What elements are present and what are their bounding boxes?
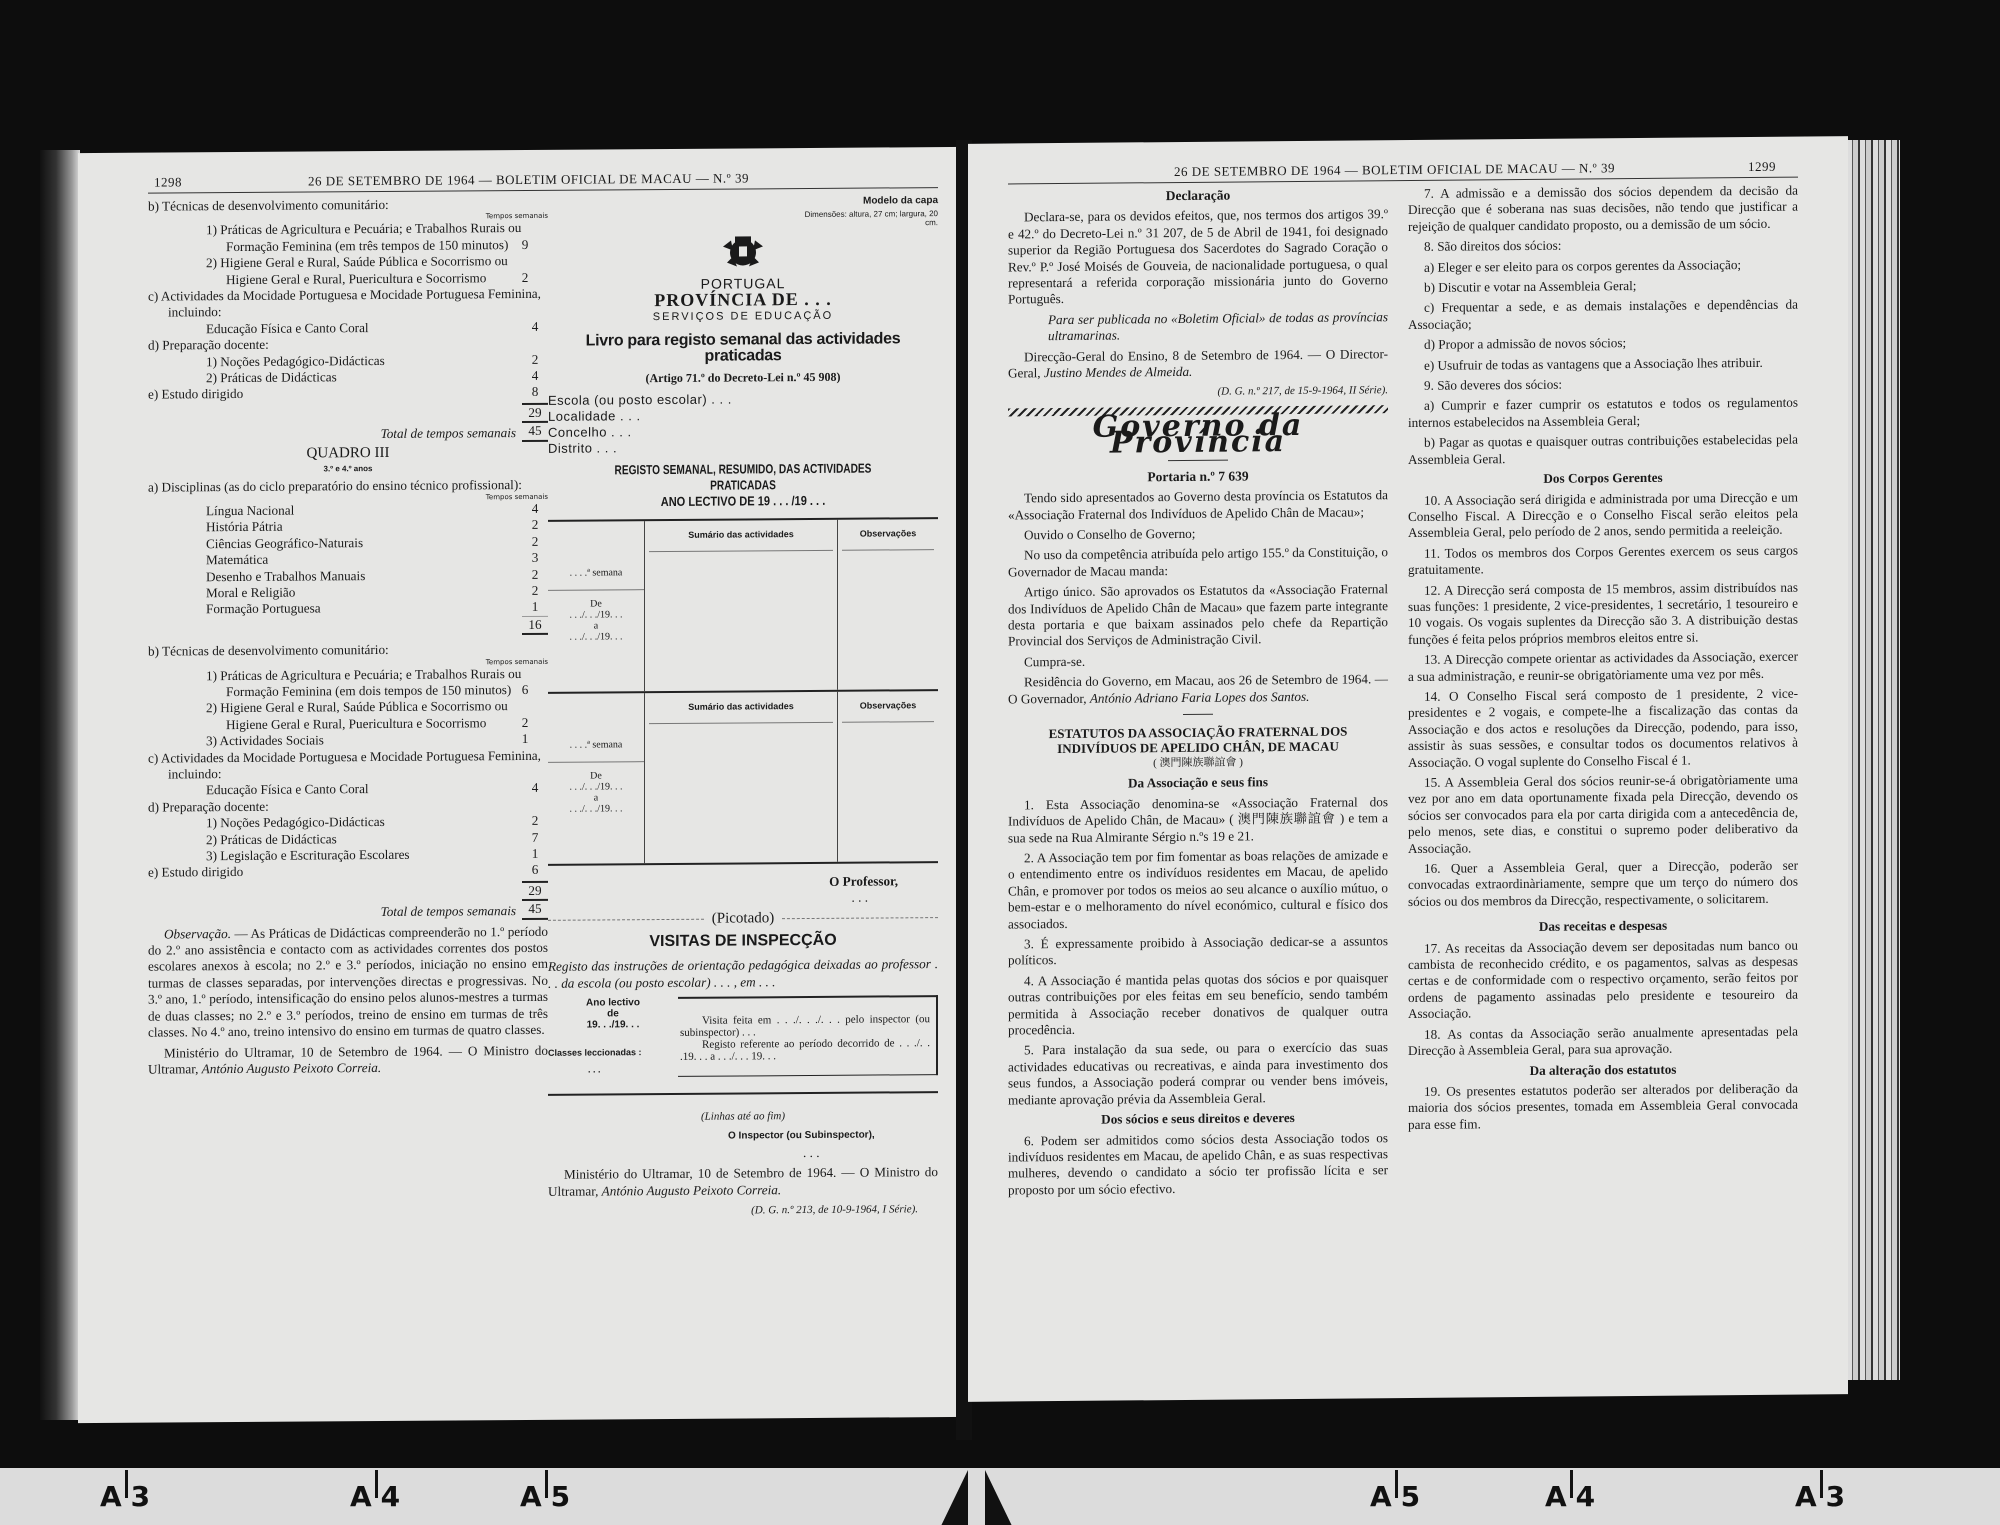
item-label: 1) Práticas de Agricultura e Pecuária; e… — [226, 220, 522, 255]
scan-marker: A3 — [1795, 1480, 1845, 1513]
duty-item: b) Pagar as quotas e quaisquer outras co… — [1408, 432, 1798, 468]
list-item: 1) Práticas de Agricultura e Pecuária; e… — [148, 220, 548, 256]
section5-title: Da alteração dos estatutos — [1408, 1060, 1798, 1080]
ano-lectivo-line: de — [548, 1008, 678, 1020]
list-item: Formação Portuguesa1 — [148, 599, 548, 618]
visita-text: Visita feita em . . ./. . ./. . . pelo i… — [680, 1013, 930, 1039]
portaria-paragraph: No uso da competência atribuída pelo art… — [1008, 544, 1388, 580]
residencia-signoff: Residência do Governo, em Macau, aos 26 … — [1008, 671, 1388, 707]
article: 5. Para instalação da sua sede, ou para … — [1008, 1040, 1388, 1109]
article: 3. É expressamente proibido à Associação… — [1008, 933, 1388, 969]
article: 2. A Associação tem por fim fomentar as … — [1008, 847, 1388, 932]
right-page: 26 DE SETEMBRO DE 1964 — BOLETIM OFICIAL… — [968, 136, 1848, 1402]
section1-title: Da Associação e seus fins — [1008, 774, 1388, 794]
dg-ref-right: (D. G. n.º 217, de 15-9-1964, II Série). — [1008, 383, 1388, 403]
scan-marker: A5 — [1370, 1480, 1420, 1513]
article-6: 6. Podem ser admitidos como sócios desta… — [1008, 1130, 1388, 1199]
observacoes-header: Observações — [842, 519, 934, 551]
section-c2-item: Educação Física e Canto Coral4 — [148, 780, 548, 799]
portaria-paragraph: Ouvido o Conselho de Governo; — [1008, 524, 1388, 544]
linhas-label: (Linhas até ao fim) — [548, 1107, 938, 1126]
list-item: 2) Higiene Geral e Rural, Saúde Pública … — [148, 698, 548, 734]
inspector-dots: . . . — [548, 1144, 938, 1163]
date-line: a — [548, 792, 644, 804]
article: 15. A Assembleia Geral dos sócios reunir… — [1408, 772, 1798, 857]
item-value: 2 — [522, 715, 548, 732]
right-item: c) Frequentar a sede, e as demais instal… — [1408, 297, 1798, 333]
right-page-edges — [1840, 140, 1900, 1380]
item-label: 2) Higiene Geral e Rural, Saúde Pública … — [226, 253, 522, 288]
left-page: 1298 26 DE SETEMBRO DE 1964 — BOLETIM OF… — [78, 147, 966, 1423]
signoff-left-2: Ministério do Ultramar, 10 de Setembro d… — [548, 1164, 938, 1200]
date-line: . . ./. . ./19. . . — [548, 631, 644, 643]
section-e2: e) Estudo dirigido6 — [148, 862, 548, 881]
center-notch-right — [985, 1470, 1013, 1525]
date-line: . . ./. . ./19. . . — [548, 781, 644, 793]
week-label: . . . .ª semana — [548, 737, 644, 754]
publicada-note: Para ser publicada no «Boletim Oficial» … — [1008, 309, 1388, 345]
left-col-2: Modelo da capa Dimensões: altura, 27 cm;… — [548, 193, 938, 1220]
item-value: 6 — [522, 682, 548, 699]
item-value: 2 — [522, 566, 548, 583]
ano-lectivo-label: ANO LECTIVO DE 19 . . . /19 . . . — [577, 493, 909, 512]
rule — [1183, 714, 1213, 715]
section2-title: Dos sócios e seus direitos e deveres — [1008, 1109, 1388, 1129]
article: 18. As contas da Associação serão anualm… — [1408, 1023, 1798, 1059]
summary-cell: Sumário das actividades — [645, 519, 838, 690]
left-col-1: b) Técnicas de desenvolvimento comunitár… — [148, 196, 548, 1082]
article: 10. A Associação será dirigida e adminis… — [1408, 489, 1798, 542]
week-cell: . . . .ª semanaDe. . ./. . ./19. . .a. .… — [548, 693, 645, 864]
scan-marker: A4 — [350, 1480, 400, 1513]
form-field-label: Distrito . . . — [548, 438, 938, 457]
coat-of-arms-icon — [548, 232, 938, 277]
item-value: 3 — [522, 550, 548, 567]
declaracao-title: Declaração — [1008, 186, 1388, 206]
observacoes-cell: Observações — [838, 519, 938, 690]
article: 1. Esta Associação denomina-se «Associaç… — [1008, 794, 1388, 847]
subtotal-a-row: 16 — [148, 616, 548, 638]
running-head-left: 26 DE SETEMBRO DE 1964 — BOLETIM OFICIAL… — [308, 170, 749, 189]
governo-heading: Governo da Província — [1008, 417, 1388, 453]
item-label: 1) Práticas de Agricultura e Pecuária; e… — [226, 666, 522, 701]
professor-dots: . . . — [548, 889, 938, 908]
section-c-title: c) Actividades da Mocidade Portuguesa e … — [148, 286, 548, 322]
item-value: 2 — [522, 351, 548, 368]
right-col-1: Declaração Declara-se, para os devidos e… — [1008, 186, 1388, 1202]
article: 14. O Conselho Fiscal será composto de 1… — [1408, 686, 1798, 771]
registo-title: REGISTO SEMANAL, RESUMIDO, DAS ACTIVIDAD… — [591, 461, 895, 495]
item-value: 2 — [522, 517, 548, 534]
scan-marker: A5 — [520, 1480, 570, 1513]
section-c2-title: c) Actividades da Mocidade Portuguesa e … — [148, 747, 548, 783]
dg-ref-left: (D. G. n.º 213, de 10-9-1964, I Série). — [548, 1201, 938, 1220]
date-range: De. . ./. . ./19. . .a. . ./. . ./19. . … — [548, 761, 644, 815]
artigo-label: (Artigo 71.º do Decreto-Lei n.º 45 908) — [548, 368, 938, 387]
header-rule — [148, 187, 938, 194]
item-value: 9 — [522, 237, 548, 254]
scan-marker: A4 — [1545, 1480, 1595, 1513]
signoff-left: Ministério do Ultramar, 10 de Setembro d… — [148, 1042, 548, 1078]
observacoes-cell: Observações — [838, 691, 938, 862]
date-line: De — [548, 770, 644, 782]
right-item: e) Usufruir de todas as vantagens que a … — [1408, 354, 1798, 374]
week-table: . . . .ª semanaDe. . ./. . ./19. . .a. .… — [548, 517, 938, 692]
running-head-right: 26 DE SETEMBRO DE 1964 — BOLETIM OFICIAL… — [1174, 160, 1615, 180]
estatutos-title: ESTATUTOS DA ASSOCIAÇÃO FRATERNAL DOS IN… — [1008, 723, 1388, 756]
date-range: De. . ./. . ./19. . .a. . ./. . ./19. . … — [548, 589, 644, 643]
observacao: Observação. — As Práticas de Didácticas … — [148, 923, 548, 1041]
section3-title: Dos Corpos Gerentes — [1408, 469, 1798, 489]
week-table: . . . .ª semanaDe. . ./. . ./19. . .a. .… — [548, 689, 938, 866]
item-label: 3) Actividades Sociais — [226, 731, 522, 749]
estatutos-chinese: ( 澳門陳族聯誼會 ) — [1008, 753, 1388, 773]
center-notch-left — [940, 1470, 968, 1525]
right-item: a) Eleger e ser eleito para os corpos ge… — [1408, 256, 1798, 276]
section4-title: Das receitas e despesas — [1408, 917, 1798, 937]
section-e: e) Estudo dirigido8 — [148, 384, 548, 403]
portaria-title: Portaria n.º 7 639 — [1008, 467, 1388, 487]
visita-box: Ano lectivode19. . ./19. . . Classes lec… — [548, 995, 938, 1078]
right-item: d) Propor a admissão de novos sócios; — [1408, 334, 1798, 354]
item-value: 1 — [522, 599, 548, 616]
page-number-left: 1298 — [154, 174, 182, 190]
item-value: 1 — [522, 731, 548, 748]
article: 16. Quer a Assembleia Geral, quer a Dire… — [1408, 858, 1798, 911]
item-value: 4 — [522, 368, 548, 385]
item-value: 2 — [522, 534, 548, 551]
total2-row: Total de tempos semanais45 — [148, 899, 548, 922]
portaria-paragraph: Artigo único. São aprovados os Estatutos… — [1008, 581, 1388, 650]
date-line: . . ./. . ./19. . . — [548, 803, 644, 815]
right-col-2: 7. A admissão e a demissão dos sócios de… — [1408, 183, 1798, 1138]
date-line: . . ./. . ./19. . . — [548, 609, 644, 621]
item-value: 2 — [522, 583, 548, 600]
item-value: 2 — [522, 269, 548, 286]
week-cell: . . . .ª semanaDe. . ./. . ./19. . .a. .… — [548, 521, 645, 692]
marker-bar — [1820, 1470, 1823, 1498]
item-value: 1 — [522, 846, 548, 863]
date-line: De — [548, 598, 644, 610]
list-item: 2) Higiene Geral e Rural, Saúde Pública … — [148, 253, 548, 289]
visitas-title: VISITAS DE INSPECÇÃO — [548, 932, 938, 951]
direccao-signoff: Direcção-Geral do Ensino, 8 de Setembro … — [1008, 346, 1388, 382]
summary-cell: Sumário das actividades — [645, 691, 838, 862]
item-label: 2) Higiene Geral e Rural, Saúde Pública … — [226, 698, 522, 733]
article: 12. A Direcção será composta de 15 membr… — [1408, 579, 1798, 648]
summary-header: Sumário das actividades — [649, 691, 833, 724]
article-7: 7. A admissão e a demissão dos sócios de… — [1408, 183, 1798, 236]
livro-title: Livro para registo semanal das actividad… — [548, 331, 938, 367]
marker-bar — [375, 1470, 378, 1498]
article-9: 9. São deveres dos sócios: — [1408, 375, 1798, 395]
marker-bar — [1395, 1470, 1398, 1498]
list-item: 1) Práticas de Agricultura e Pecuária; e… — [148, 665, 548, 701]
marker-bar — [125, 1470, 128, 1498]
portaria-paragraph: Cumpra-se. — [1008, 651, 1388, 671]
servicos-label: SERVIÇOS DE EDUCAÇÃO — [548, 307, 938, 326]
rule — [548, 1091, 938, 1096]
left-page-edge — [40, 150, 80, 1420]
marker-bar — [1570, 1470, 1573, 1498]
ano-lectivo-line: Ano lectivo — [548, 997, 678, 1009]
item-value: 7 — [522, 829, 548, 846]
article: 17. As receitas da Associação devem ser … — [1408, 937, 1798, 1022]
total-row: Total de tempos semanais45 — [148, 421, 548, 444]
item-label: Formação Portuguesa — [206, 599, 522, 618]
week-label: . . . .ª semana — [548, 565, 644, 582]
date-line: a — [548, 620, 644, 632]
page-number-right: 1299 — [1748, 159, 1776, 175]
article-8: 8. São direitos dos sócios: — [1408, 236, 1798, 256]
duty-item: a) Cumprir e fazer cumprir os estatutos … — [1408, 395, 1798, 431]
visitas-intro: Registo das instruções de orientação ped… — [548, 956, 938, 992]
ano-lectivo-line: 19. . ./19. . . — [548, 1019, 678, 1031]
article: 13. A Direcção compete orientar as activ… — [1408, 649, 1798, 685]
dimensoes: Dimensões: altura, 27 cm; largura, 20 cm… — [798, 210, 938, 229]
classes-dots: . . . — [548, 1060, 678, 1077]
professor-label: O Professor, — [548, 873, 938, 892]
article-19: 19. Os presentes estatutos poderão ser a… — [1408, 1081, 1798, 1134]
picotado-divider: (Picotado) — [548, 910, 938, 929]
portaria-paragraph: Tendo sido apresentados ao Governo desta… — [1008, 487, 1388, 523]
item-value: 4 — [522, 501, 548, 518]
right-item: b) Discutir e votar na Assembleia Geral; — [1408, 277, 1798, 297]
article: 11. Todos os membros dos Corpos Gerentes… — [1408, 542, 1798, 578]
marker-bar — [545, 1470, 548, 1498]
registo-text: Registo referente ao período decorrido d… — [680, 1037, 930, 1063]
observacoes-header: Observações — [842, 691, 934, 723]
summary-header: Sumário das actividades — [649, 519, 833, 552]
item-value: 2 — [522, 813, 548, 830]
scan-marker: A3 — [100, 1480, 150, 1513]
article: 4. A Associação é mantida pelas quotas d… — [1008, 970, 1388, 1039]
classes-label: Classes leccionadas : — [548, 1044, 678, 1061]
declaracao-text: Declara-se, para os devidos efeitos, que… — [1008, 207, 1388, 309]
section-c-item: Educação Física e Canto Coral4 — [148, 319, 548, 338]
